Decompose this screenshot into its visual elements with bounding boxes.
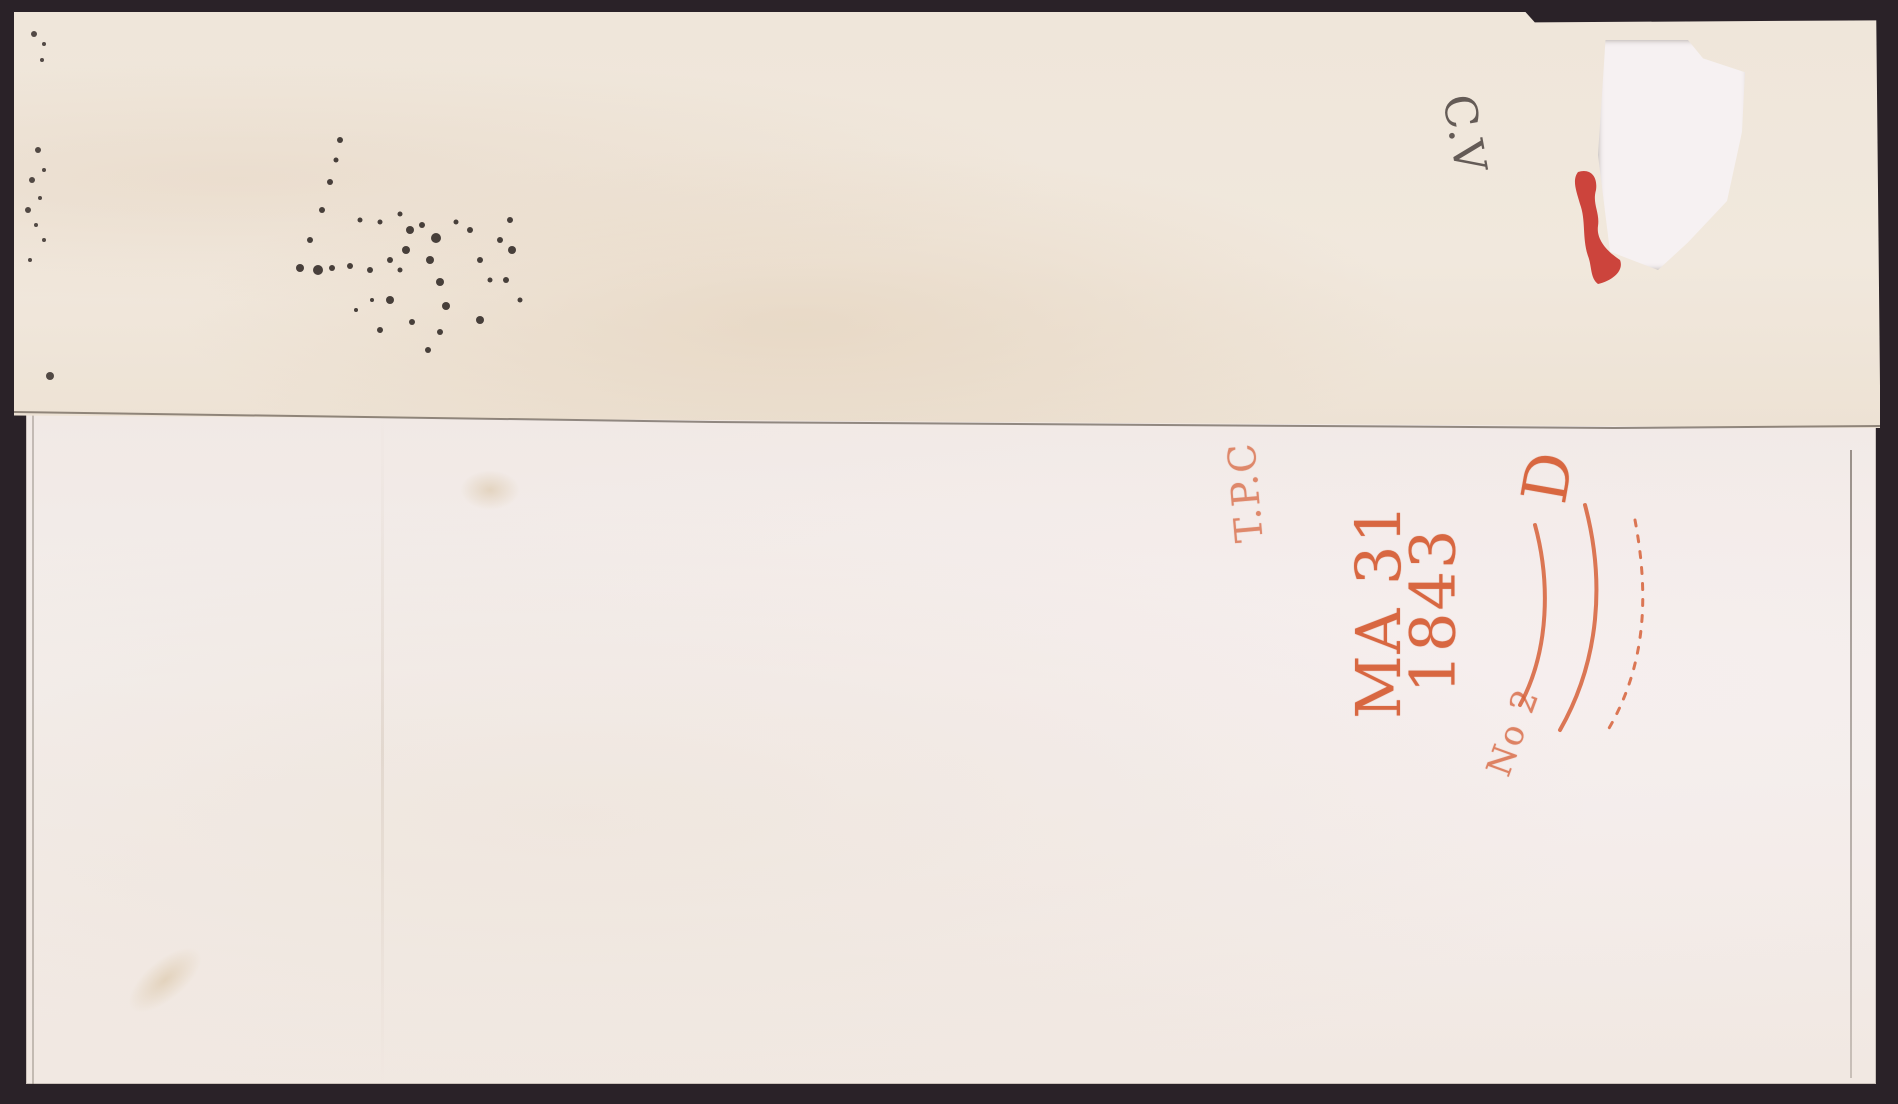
ink-specks — [14, 20, 74, 400]
manuscript-rate-mark — [240, 110, 540, 360]
paper-stain — [460, 470, 520, 510]
postmark-prefix: T.P.C — [1219, 440, 1272, 544]
letter-cover: C.V T.P.C MA 31 1843 D No 2 — [0, 0, 1898, 1104]
left-fold-line — [32, 414, 34, 1084]
right-fold-line — [1850, 450, 1852, 1078]
vertical-crease — [381, 414, 384, 1084]
flap-fold-edge — [14, 410, 1880, 430]
wax-seal-remnant — [1568, 168, 1624, 286]
postmark-year: 1843 — [1396, 528, 1469, 694]
